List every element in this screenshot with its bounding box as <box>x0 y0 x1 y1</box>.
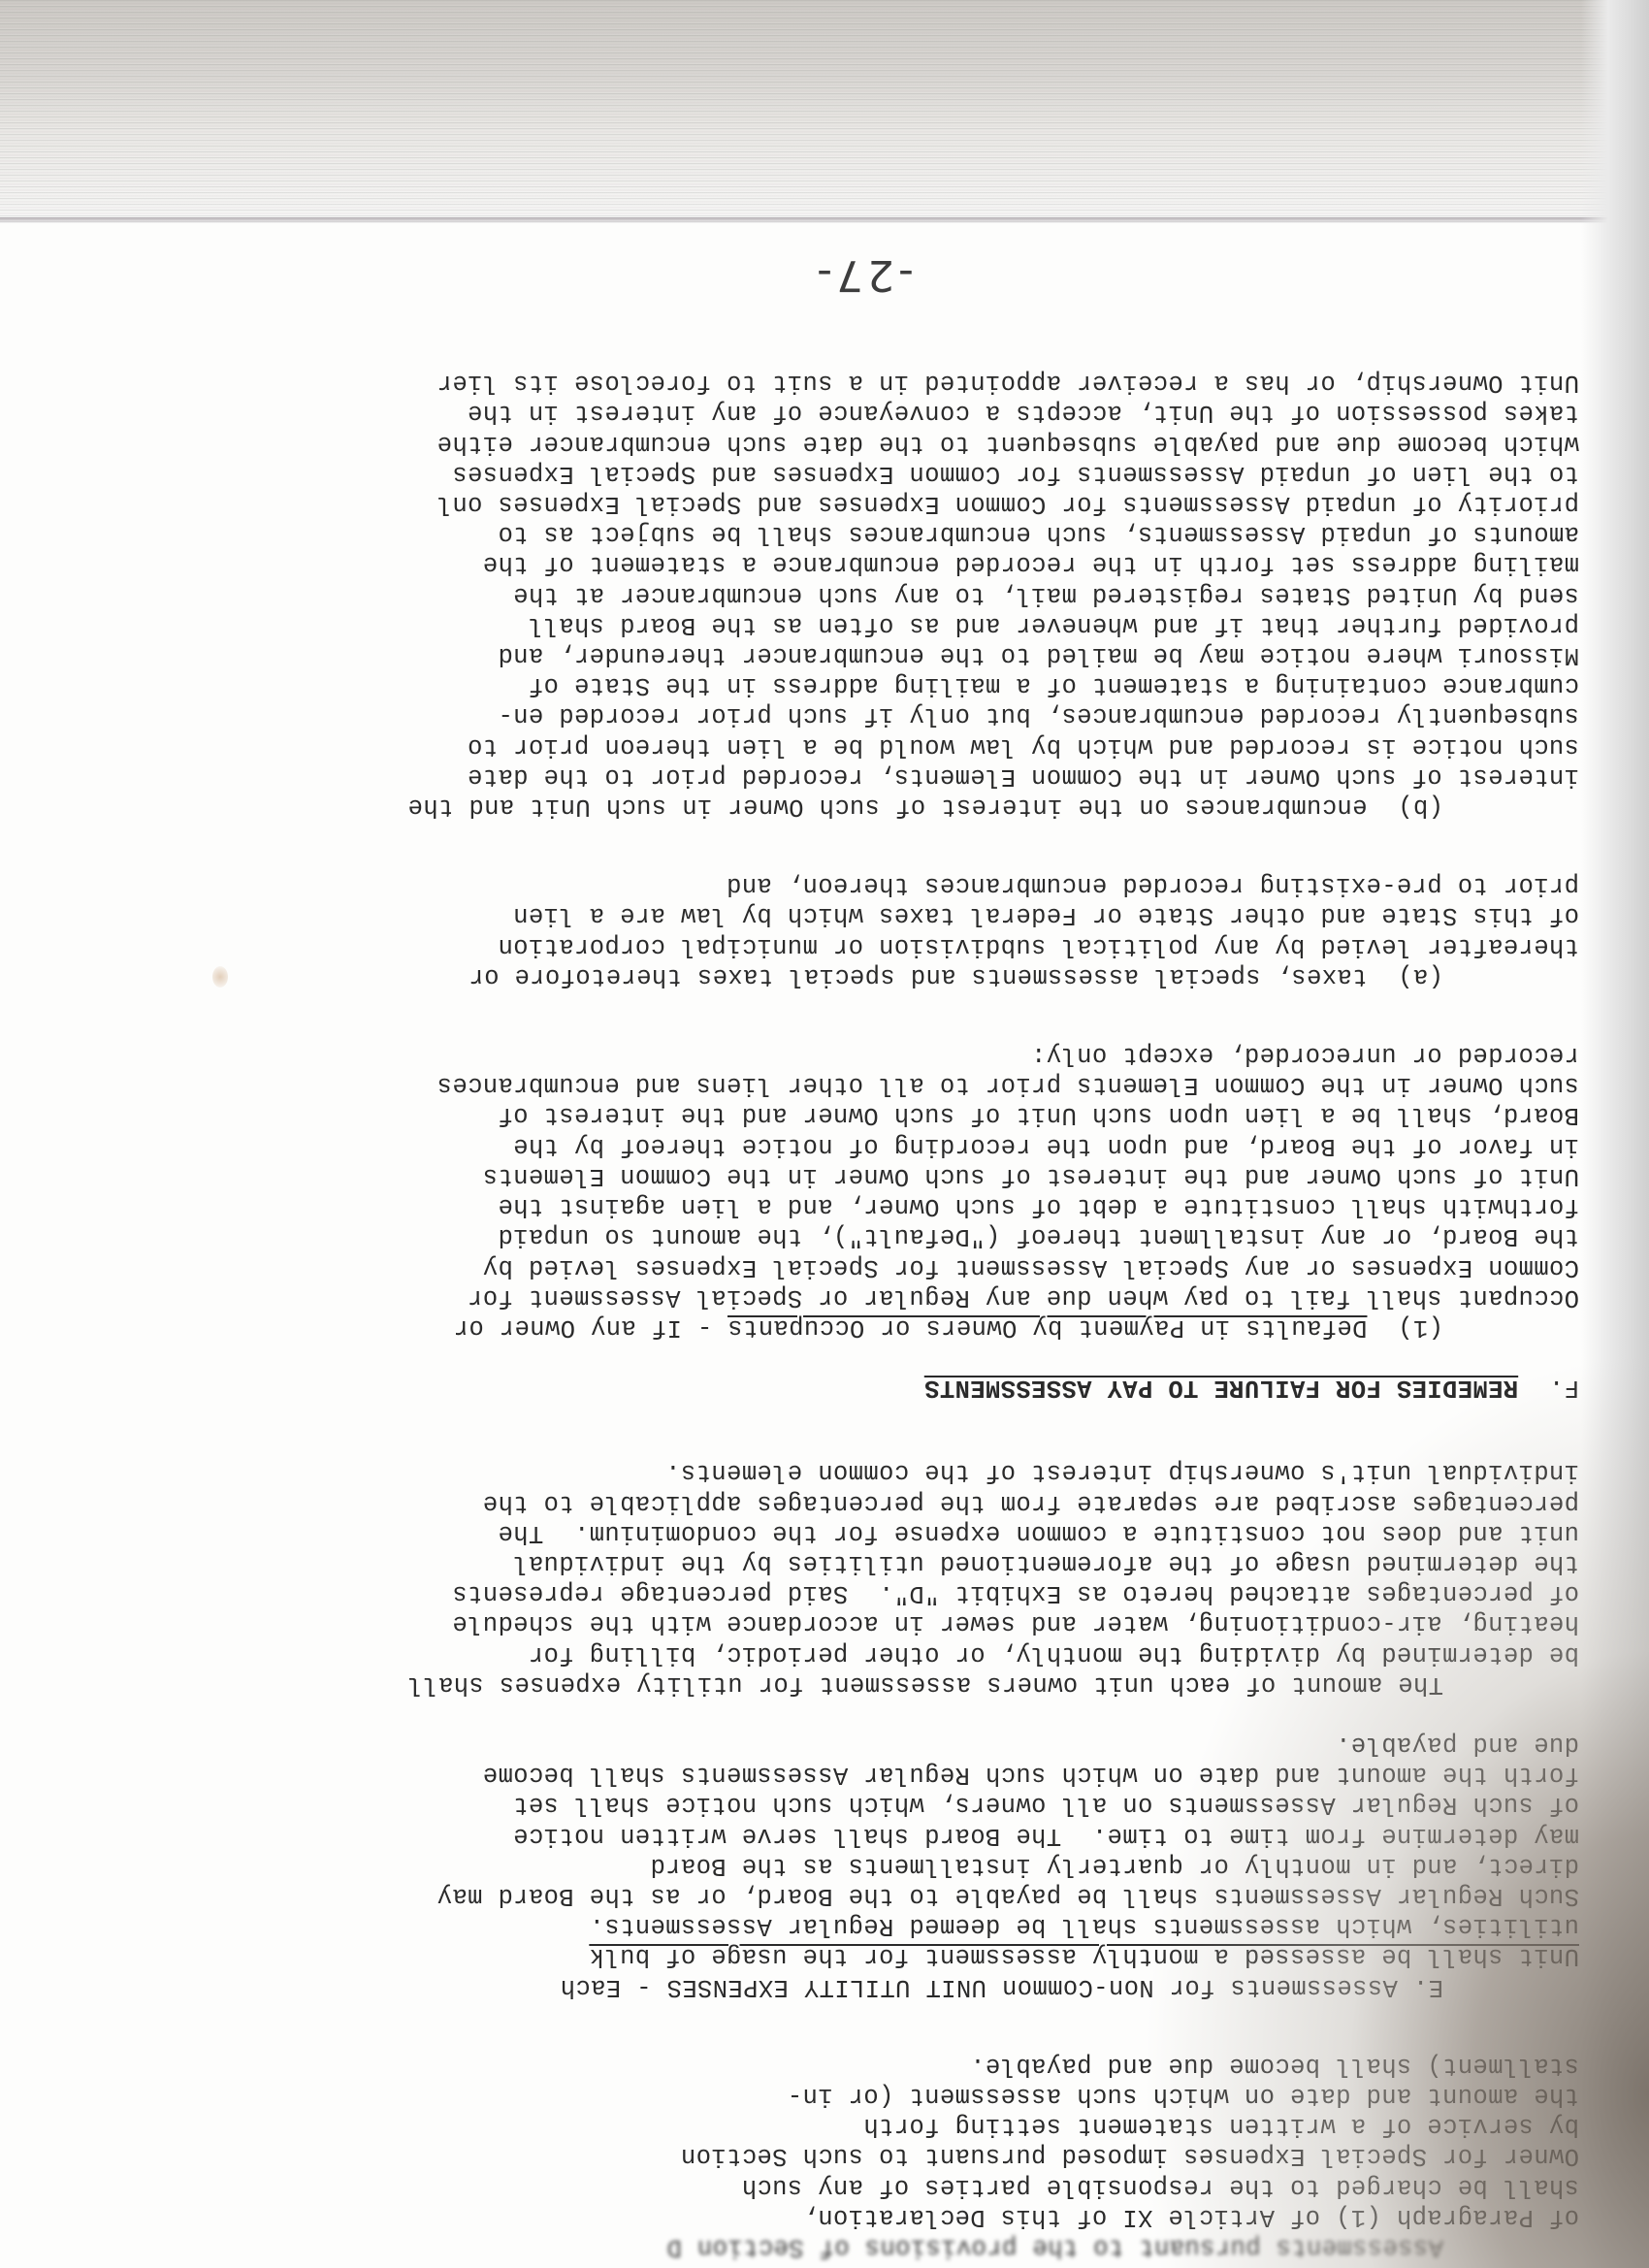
text-line: recorded or unrecorded, except only: <box>27 1040 1579 1070</box>
text-line: interest of such Owner in the Common Ele… <box>27 761 1579 792</box>
text-line: the determined usage of the aforemention… <box>27 1548 1579 1578</box>
text-line: Occupant shall fail to pay when due any … <box>27 1282 1579 1312</box>
text-line: stallment) shall become due and payable. <box>27 2051 1579 2081</box>
text-line: utilities, which assessments shall be de… <box>27 1911 1579 1941</box>
text-line: thereafter levied by any political subdi… <box>27 930 1579 960</box>
page-stack-edge <box>0 0 1649 223</box>
text-line: Assessments pursuant to the provisions o… <box>27 2232 1579 2262</box>
text-line: send by United States registered mail, t… <box>27 579 1579 609</box>
section-e: E. Assessments for Non-Common UNIT UTILI… <box>27 1457 1579 2001</box>
text-line: unit and does not constitute a common ex… <box>27 1518 1579 1548</box>
section-f-heading: F. REMEDIES FOR FAILURE TO PAY ASSESSMEN… <box>27 1373 1579 1403</box>
text-line: Missouri where notice may be mailed to t… <box>27 640 1579 670</box>
item-1-first-line: (1) Defaults in Payment by Owners or Occ… <box>27 1312 1579 1343</box>
text-line: Common Expenses or any Special Assessmen… <box>27 1251 1579 1281</box>
text-line: forthwith shall constitute a debt of suc… <box>27 1191 1579 1221</box>
page-curl-edge <box>1581 0 1649 2268</box>
text-line: Unit shall be assessed a monthly assessm… <box>27 1941 1579 1971</box>
item-a-first-line: (a) taxes, special assessments and speci… <box>27 961 1579 991</box>
text-line: subsequently recorded encumbrances, but … <box>27 700 1579 730</box>
text-line: Owner for Special Expenses imposed pursu… <box>27 2141 1579 2171</box>
text-line: of percentages attached hereto as Exhibi… <box>27 1578 1579 1608</box>
item-b-first-line: (b) encumbrances on the interest of such… <box>27 792 1579 822</box>
text-line: of this State and other State or Federal… <box>27 900 1579 930</box>
text-line: the amount and date on which such assess… <box>27 2081 1579 2111</box>
text-line: priority of unpaid Assessments for Commo… <box>27 489 1579 519</box>
text-line: direct, and in monthly or quarterly inst… <box>27 1851 1579 1881</box>
text-line: which become due and payable subsequent … <box>27 428 1579 458</box>
text-line: individual unit's ownership interest of … <box>27 1457 1579 1487</box>
text-line: Such Regular Assessments shall be payabl… <box>27 1881 1579 1911</box>
document-body: Assessments pursuant to the provisions o… <box>27 368 1579 2262</box>
text-line: forth the amount and date on which such … <box>27 1760 1579 1790</box>
text-line: cumbrance containing a statement of a ma… <box>27 670 1579 700</box>
text-line: be determined by dividing the monthly, o… <box>27 1638 1579 1669</box>
text-line: to the lien of unpaid Assessments for Co… <box>27 459 1579 489</box>
scanned-page: Assessments pursuant to the provisions o… <box>0 0 1649 2268</box>
text-line: the Board, or any installment thereof ("… <box>27 1221 1579 1251</box>
text-line: Board, shall be a lien upon such Unit of… <box>27 1100 1579 1130</box>
text-line: Unit Ownership, or has a receiver appoin… <box>27 368 1579 398</box>
section-f: F. REMEDIES FOR FAILURE TO PAY ASSESSMEN… <box>27 368 1579 1403</box>
intro-paragraph: Assessments pursuant to the provisions o… <box>27 2051 1579 2262</box>
text-line: such Owner in the Common Elements prior … <box>27 1070 1579 1100</box>
text-line: in favor of the Board, and upon the reco… <box>27 1131 1579 1161</box>
page-number: -27- <box>39 250 1649 300</box>
text-line: The amount of each unit owners assessmen… <box>27 1669 1579 1700</box>
section-e-heading: E. Assessments for Non-Common UNIT UTILI… <box>27 1971 1579 2001</box>
text-line: by service of a written statement settin… <box>27 2111 1579 2141</box>
text-line: takes possession of the Unit, accepts a … <box>27 398 1579 428</box>
text-line: may determine from time to time. The Boa… <box>27 1820 1579 1850</box>
text-line: such notice is recorded and which by law… <box>27 730 1579 761</box>
text-line: Unit of such Owner and the interest of s… <box>27 1161 1579 1191</box>
text-line: due and payable. <box>27 1730 1579 1760</box>
text-line: of Paragraph (1) of Article XI of this D… <box>27 2202 1579 2232</box>
text-line: mailing address set forth in the recorde… <box>27 549 1579 579</box>
text-line: amounts of unpaid Assessments, such encu… <box>27 519 1579 549</box>
text-line: of such Regular Assessments on all owner… <box>27 1790 1579 1820</box>
text-line: shall be charged to the responsible part… <box>27 2171 1579 2201</box>
text-line: provided further that if and whenever an… <box>27 610 1579 640</box>
text-line: heating, air-conditioning, water and sew… <box>27 1608 1579 1638</box>
text-line: prior to pre-existing recorded encumbran… <box>27 870 1579 900</box>
text-line: percentages ascribed are separate from t… <box>27 1487 1579 1517</box>
